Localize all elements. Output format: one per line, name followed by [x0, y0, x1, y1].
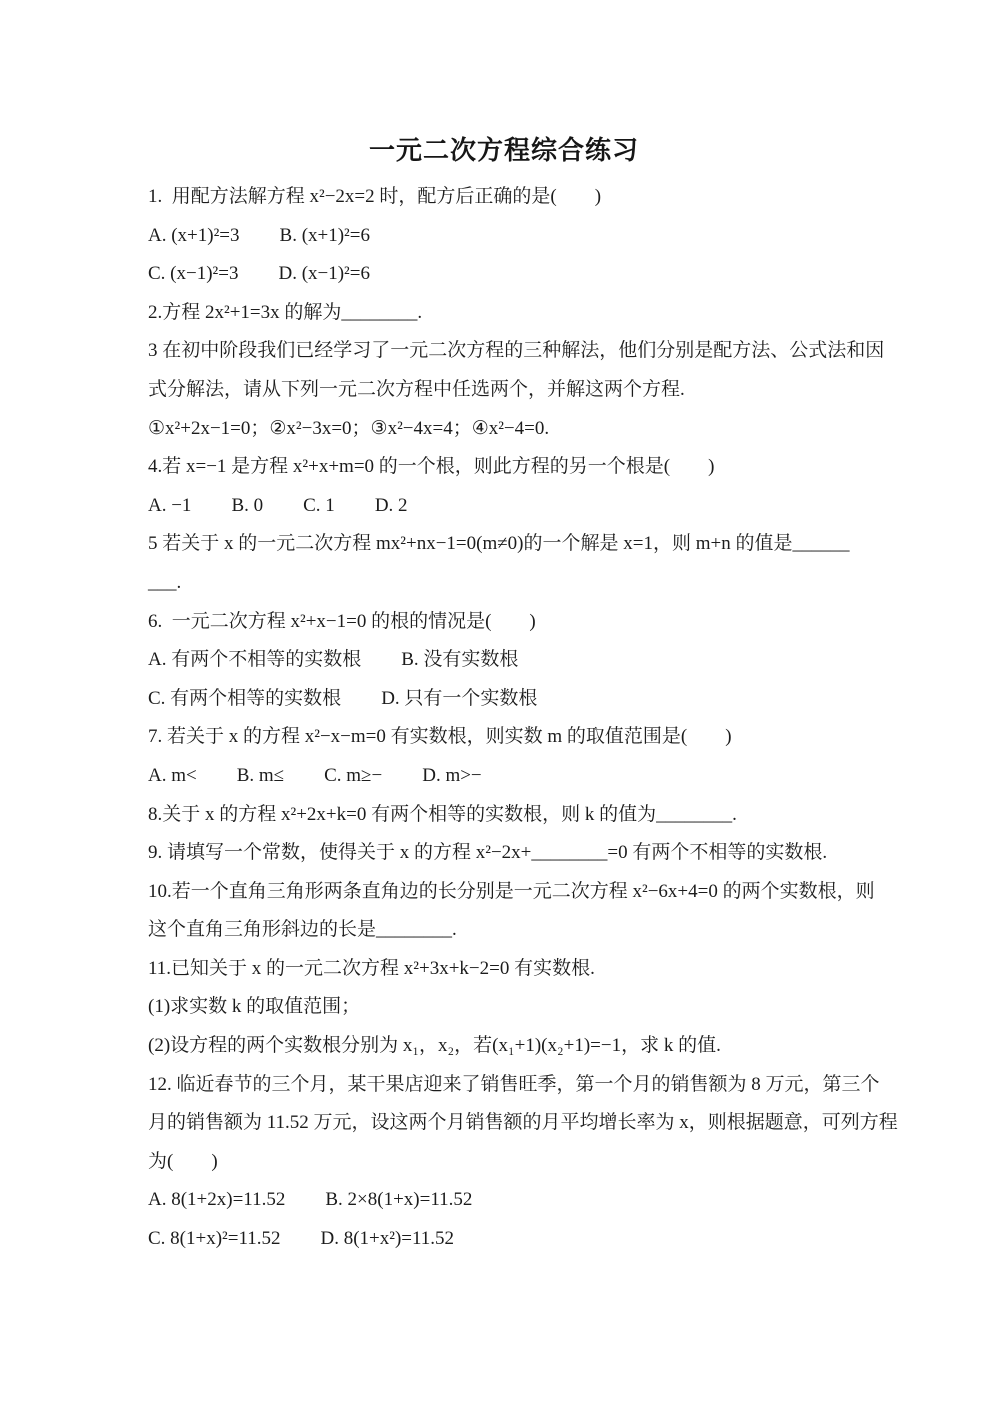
question-3-equations: ①x²+2x−1=0；②x²−3x=0；③x²−4x=4；④x²−4=0.	[148, 410, 860, 449]
question-10-stem-line-1: 10.若一个直角三角形两条直角边的长分别是一元二次方程 x²−6x+4=0 的两…	[148, 873, 860, 912]
question-7-options-row: A. m< B. m≤ C. m≥− D. m>−	[148, 757, 860, 796]
question-4-options-row: A. −1 B. 0 C. 1 D. 2	[148, 487, 860, 526]
question-1-option-d: D. (x−1)²=6	[278, 255, 370, 294]
question-12-option-d: D. 8(1+x²)=11.52	[321, 1220, 455, 1259]
question-4: 4.若 x=−1 是方程 x²+x+m=0 的一个根，则此方程的另一个根是( )…	[148, 448, 860, 525]
question-11: 11.已知关于 x 的一元二次方程 x²+3x+k−2=0 有实数根. (1)求…	[148, 950, 860, 1066]
question-12-stem-line-1: 12. 临近春节的三个月，某干果店迎来了销售旺季，第一个月的销售额为 8 万元，…	[148, 1066, 860, 1105]
question-4-option-c: C. 1	[303, 487, 335, 526]
question-1-option-a: A. (x+1)²=3	[148, 217, 240, 256]
question-3-stem-line-1: 3 在初中阶段我们已经学习了一元二次方程的三种解法，他们分别是配方法、公式法和因	[148, 332, 860, 371]
question-4-option-a: A. −1	[148, 487, 191, 526]
question-4-option-d: D. 2	[375, 487, 408, 526]
question-1-option-c: C. (x−1)²=3	[148, 255, 238, 294]
question-1-options-row-2: C. (x−1)²=3 D. (x−1)²=6	[148, 255, 860, 294]
question-8: 8.关于 x 的方程 x²+2x+k=0 有两个相等的实数根，则 k 的值为__…	[148, 796, 860, 835]
question-7-option-b: B. m≤	[237, 757, 284, 796]
question-4-option-b: B. 0	[231, 487, 263, 526]
question-6-options-row-1: A. 有两个不相等的实数根 B. 没有实数根	[148, 641, 860, 680]
worksheet-title: 一元二次方程综合练习	[148, 134, 860, 168]
question-9: 9. 请填写一个常数，使得关于 x 的方程 x²−2x+________=0 有…	[148, 834, 860, 873]
question-11-part-2: (2)设方程的两个实数根分别为 x₁，x₂，若(x₁+1)(x₂+1)=−1，求…	[148, 1027, 860, 1066]
question-11-part-1: (1)求实数 k 的取值范围；	[148, 988, 860, 1027]
question-12-option-c: C. 8(1+x)²=11.52	[148, 1220, 281, 1259]
question-11-stem: 11.已知关于 x 的一元二次方程 x²+3x+k−2=0 有实数根.	[148, 950, 860, 989]
question-3-stem-line-2: 式分解法，请从下列一元二次方程中任选两个，并解这两个方程.	[148, 371, 860, 410]
question-4-stem: 4.若 x=−1 是方程 x²+x+m=0 的一个根，则此方程的另一个根是( )	[148, 448, 860, 487]
question-6-option-c: C. 有两个相等的实数根	[148, 680, 341, 719]
question-12: 12. 临近春节的三个月，某干果店迎来了销售旺季，第一个月的销售额为 8 万元，…	[148, 1066, 860, 1259]
question-5-stem-line-1: 5 若关于 x 的一元二次方程 mx²+nx−1=0(m≠0)的一个解是 x=1…	[148, 525, 860, 564]
question-3: 3 在初中阶段我们已经学习了一元二次方程的三种解法，他们分别是配方法、公式法和因…	[148, 332, 860, 448]
question-12-option-b: B. 2×8(1+x)=11.52	[325, 1181, 472, 1220]
question-5-stem-line-2: ___.	[148, 564, 860, 603]
question-9-stem: 9. 请填写一个常数，使得关于 x 的方程 x²−2x+________=0 有…	[148, 834, 860, 873]
question-6-option-b: B. 没有实数根	[401, 641, 518, 680]
question-12-stem-line-2: 月的销售额为 11.52 万元，设这两个月销售额的月平均增长率为 x，则根据题意…	[148, 1104, 860, 1143]
question-12-stem-line-3: 为( )	[148, 1143, 860, 1182]
question-12-options-row-2: C. 8(1+x)²=11.52 D. 8(1+x²)=11.52	[148, 1220, 860, 1259]
question-10: 10.若一个直角三角形两条直角边的长分别是一元二次方程 x²−6x+4=0 的两…	[148, 873, 860, 950]
question-6-stem: 6. 一元二次方程 x²+x−1=0 的根的情况是( )	[148, 603, 860, 642]
question-2-stem: 2.方程 2x²+1=3x 的解为________.	[148, 294, 860, 333]
question-1-options-row-1: A. (x+1)²=3 B. (x+1)²=6	[148, 217, 860, 256]
document-page: 一元二次方程综合练习 1. 用配方法解方程 x²−2x=2 时，配方后正确的是(…	[0, 0, 1000, 1414]
question-7-option-a: A. m<	[148, 757, 197, 796]
question-6: 6. 一元二次方程 x²+x−1=0 的根的情况是( ) A. 有两个不相等的实…	[148, 603, 860, 719]
question-10-stem-line-2: 这个直角三角形斜边的长是________.	[148, 911, 860, 950]
question-6-option-d: D. 只有一个实数根	[381, 680, 537, 719]
question-5: 5 若关于 x 的一元二次方程 mx²+nx−1=0(m≠0)的一个解是 x=1…	[148, 525, 860, 602]
question-7-option-c: C. m≥−	[324, 757, 382, 796]
question-7: 7. 若关于 x 的方程 x²−x−m=0 有实数根，则实数 m 的取值范围是(…	[148, 718, 860, 795]
question-12-option-a: A. 8(1+2x)=11.52	[148, 1181, 285, 1220]
question-7-option-d: D. m>−	[422, 757, 481, 796]
question-7-stem: 7. 若关于 x 的方程 x²−x−m=0 有实数根，则实数 m 的取值范围是(…	[148, 718, 860, 757]
question-2: 2.方程 2x²+1=3x 的解为________.	[148, 294, 860, 333]
question-1: 1. 用配方法解方程 x²−2x=2 时，配方后正确的是( ) A. (x+1)…	[148, 178, 860, 294]
question-8-stem: 8.关于 x 的方程 x²+2x+k=0 有两个相等的实数根，则 k 的值为__…	[148, 796, 860, 835]
question-12-options-row-1: A. 8(1+2x)=11.52 B. 2×8(1+x)=11.52	[148, 1181, 860, 1220]
question-6-option-a: A. 有两个不相等的实数根	[148, 641, 361, 680]
question-1-option-b: B. (x+1)²=6	[280, 217, 370, 256]
question-1-stem: 1. 用配方法解方程 x²−2x=2 时，配方后正确的是( )	[148, 178, 860, 217]
question-6-options-row-2: C. 有两个相等的实数根 D. 只有一个实数根	[148, 680, 860, 719]
